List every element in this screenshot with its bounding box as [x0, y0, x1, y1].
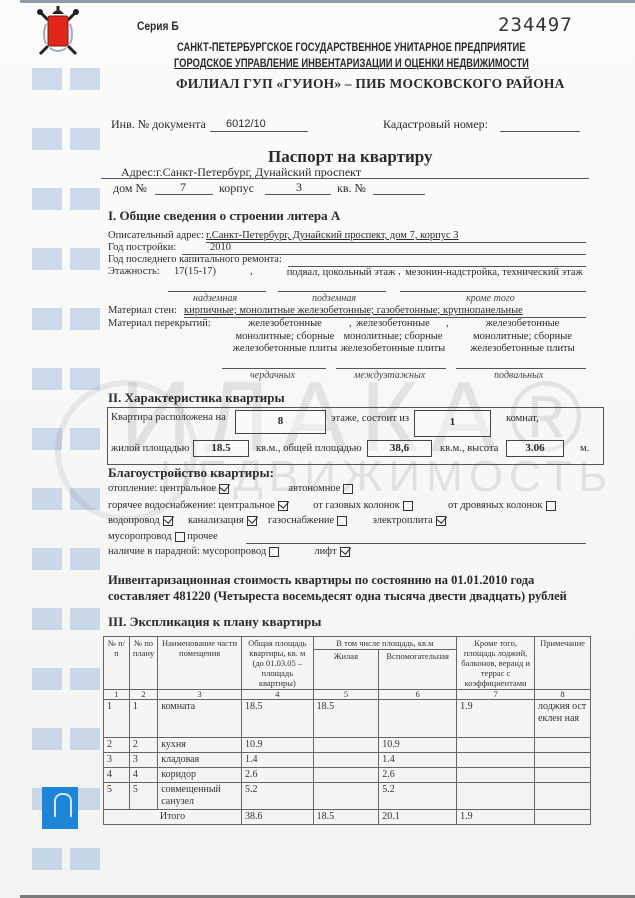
cell-extra: 1.9	[457, 700, 535, 738]
sewer-label: канализация	[188, 515, 244, 526]
security-emblem-icon	[42, 787, 78, 829]
inv-underline	[210, 131, 308, 132]
entrance-lift-label: лифт	[314, 546, 336, 557]
cell-living	[313, 753, 379, 768]
cell-extra	[457, 768, 535, 783]
col-header-living: Жилая	[313, 650, 379, 690]
cell-extra	[457, 753, 535, 768]
col-header-num: № п/п	[104, 637, 130, 690]
total-note	[535, 810, 591, 825]
col-number: 3	[158, 690, 242, 700]
slab-base-caption: подвальных	[494, 370, 543, 381]
descr-addr-underline	[206, 242, 586, 243]
amenities-row-other: мусоропровод прочее	[108, 531, 218, 542]
gas-label: газоснабжение	[268, 515, 334, 526]
descr-addr-label: Описательный адрес:	[108, 230, 204, 241]
col-number: 5	[313, 690, 379, 700]
floors-extra-value: мезонин-надстройка, технический этаж	[404, 266, 584, 279]
slab-attic-caption: чердачных	[250, 370, 295, 381]
cell-name: коридор	[158, 768, 242, 783]
total-row: Итого 38.6 18.5 20.1 1.9	[104, 810, 591, 825]
table-row: 1 1 комната 18.5 18.5 1.9 лоджия остекле…	[104, 700, 591, 738]
cell-aux: 5.2	[379, 783, 457, 810]
floors-below-caption: подземная	[312, 293, 356, 304]
slab-inter-value: железобетонные монолитные; сборные желез…	[338, 318, 448, 356]
other-underline	[246, 543, 586, 544]
year-built-value: 2010	[210, 242, 231, 253]
total-extra: 1.9	[457, 810, 535, 825]
page-title: Паспорт на квартиру	[268, 147, 433, 167]
col-number: 7	[457, 690, 535, 700]
electric-stove-checkbox[interactable]	[436, 516, 446, 526]
hw-gas-label: от газовых колонок	[313, 500, 400, 511]
entrance-chute-label: мусоропровод	[203, 546, 267, 557]
entrance-lift-checkbox[interactable]	[340, 547, 350, 557]
entrance-label: наличие в парадной:	[108, 546, 200, 557]
table-row: 2 2 кухня 10.9 10.9	[104, 738, 591, 753]
col-header-note: Примечание	[535, 637, 591, 690]
heating-autonomous-label: автономное	[288, 483, 340, 494]
slabs-label: Материал перекрытий:	[108, 318, 211, 329]
col-header-total-area: Общая площадь квартиры, кв. м (до 01.03.…	[242, 637, 314, 690]
comma: ,	[398, 266, 401, 277]
cell-living	[313, 783, 379, 810]
slab-base-value: железобетонные монолитные; сборные желез…	[460, 318, 585, 356]
cell-total: 2.6	[242, 768, 314, 783]
cell-plan: 4	[129, 768, 157, 783]
apt-underline	[373, 194, 425, 195]
cell-total: 1.4	[242, 753, 314, 768]
cell-num: 2	[104, 738, 130, 753]
apt-label: кв. №	[337, 181, 366, 196]
valuation-line1: Инвентаризационная стоимость квартиры по…	[108, 573, 534, 588]
col-header-auxiliary: Вспомогательная	[379, 650, 457, 690]
cell-aux: 2.6	[379, 768, 457, 783]
col-header-name: Наименование части помещения	[158, 637, 242, 690]
house-label: дом №	[113, 181, 147, 196]
cell-total: 18.5	[242, 700, 314, 738]
cell-extra	[457, 738, 535, 753]
slab-base-underline	[456, 368, 586, 369]
cell-note	[535, 783, 591, 810]
heating-central-label: центральное	[160, 483, 216, 494]
living-label: жилой площадью	[111, 443, 189, 454]
cell-num: 4	[104, 768, 130, 783]
floor-label: Квартира расположена на	[111, 412, 226, 423]
heating-label: отопление:	[108, 483, 157, 494]
building-value: 3	[296, 180, 302, 195]
address-underline	[101, 178, 589, 179]
cell-name: совмещенный санузел	[158, 783, 242, 810]
document-page: ИЛАКА® НЕДВИЖИМОСТЬ Серия Б 234497 САНКТ…	[0, 0, 635, 898]
col-header-extra-area: Кроме того, площадь лоджий, балконов, ве…	[457, 637, 535, 690]
slab-attic-underline	[222, 368, 326, 369]
entrance-chute-checkbox[interactable]	[269, 547, 279, 557]
cell-plan: 3	[129, 753, 157, 768]
building-label: корпус	[219, 181, 254, 196]
total-aux: 20.1	[379, 810, 457, 825]
col-number: 2	[129, 690, 157, 700]
cell-name: кухня	[158, 738, 242, 753]
cell-note	[535, 738, 591, 753]
col-number: 6	[379, 690, 457, 700]
total-living: 18.5	[313, 810, 379, 825]
cell-aux: 10.9	[379, 738, 457, 753]
hw-wood-checkbox[interactable]	[546, 501, 556, 511]
garbage-chute-checkbox[interactable]	[175, 532, 185, 542]
cell-aux	[379, 700, 457, 738]
sewer-checkbox[interactable]	[247, 516, 257, 526]
col-header-plan-num: № по плану	[129, 637, 157, 690]
walls-label: Материал стен:	[108, 305, 177, 316]
floors-above-caption: надземная	[193, 293, 237, 304]
cell-note	[535, 768, 591, 783]
rooms-label: этаже, состоит из	[331, 413, 409, 424]
water-checkbox[interactable]	[163, 516, 173, 526]
col-header-including: В том числе площадь, кв.м	[313, 637, 456, 650]
cell-note	[535, 753, 591, 768]
total-area-value: 38,6	[367, 440, 432, 457]
section3-heading: III. Экспликация к плану квартиры	[108, 614, 321, 630]
col-number: 8	[535, 690, 591, 700]
garbage-chute-label: мусоропровод	[108, 531, 172, 542]
amenities-heading: Благоустройство квартиры:	[108, 465, 274, 481]
rooms-value: 1	[414, 410, 491, 437]
explication-table: № п/п № по плану Наименование части поме…	[103, 636, 591, 825]
section1-heading: I. Общие сведения о строении литера А	[108, 208, 340, 224]
floors-above-underline	[168, 291, 266, 292]
scan-edge-top	[20, 0, 635, 3]
inv-value: 6012/10	[226, 118, 266, 130]
height-value: 3.06	[506, 440, 564, 457]
floors-below-underline	[278, 291, 386, 292]
cell-aux: 1.4	[379, 753, 457, 768]
other-label: прочее	[187, 531, 217, 542]
col-number: 1	[104, 690, 130, 700]
table-row: 3 3 кладовая 1.4 1.4	[104, 753, 591, 768]
cell-total: 10.9	[242, 738, 314, 753]
table-row: 5 5 совмещенный санузел 5.2 5.2	[104, 783, 591, 810]
valuation-line2: составляет 481220 (Четыреста восемьдесят…	[108, 589, 567, 604]
cell-living: 18.5	[313, 700, 379, 738]
cell-living	[313, 768, 379, 783]
slab-inter-caption: междуэтажных	[354, 370, 425, 381]
comma: ,	[250, 266, 253, 277]
slab-attic-value: железобетонные монолитные; сборные желез…	[226, 318, 344, 356]
walls-value: кирпичные; монолитные железобетонные; га…	[184, 305, 523, 316]
heating-autonomous-checkbox[interactable]	[343, 484, 353, 494]
amenities-row-utilities: водопровод канализация газоснабжение эле…	[108, 515, 446, 526]
series-label: Серия Б	[137, 19, 179, 33]
cell-num: 5	[104, 783, 130, 810]
section2-heading: II. Характеристика квартиры	[108, 390, 285, 406]
height-label: кв.м., высота	[440, 443, 498, 454]
branch-name: ФИЛИАЛ ГУП «ГУИОН» – ПИБ МОСКОВСКОГО РАЙ…	[176, 76, 565, 92]
comma: ,	[446, 318, 449, 329]
amenities-row-heating: отопление: центральное автономное	[108, 483, 353, 494]
table-row: 4 4 коридор 2.6 2.6	[104, 768, 591, 783]
col-number: 4	[242, 690, 314, 700]
water-label: водопровод	[108, 515, 160, 526]
floor-value: 8	[235, 410, 326, 434]
total-label: Итого	[104, 810, 242, 825]
floors-above-value: 17(15-17)	[174, 266, 216, 277]
amenities-row-hot-water: горячее водоснабжение: центральное от га…	[108, 500, 556, 511]
cell-plan: 1	[129, 700, 157, 738]
cell-living	[313, 738, 379, 753]
amenities-row-entrance: наличие в парадной: мусоропровод лифт	[108, 546, 350, 557]
rooms-suffix: комнат,	[506, 413, 539, 424]
gas-checkbox[interactable]	[337, 516, 347, 526]
slab-inter-underline	[336, 368, 446, 369]
cell-name: комната	[158, 700, 242, 738]
cadastral-label: Кадастровый номер:	[383, 117, 488, 132]
cell-plan: 2	[129, 738, 157, 753]
inv-label: Инв. № документа	[111, 117, 206, 132]
floors-label: Этажность:	[108, 266, 160, 277]
floors-below-value: подвал, цокольный этаж	[286, 266, 396, 279]
floors-extra-underline	[400, 291, 586, 292]
cell-extra	[457, 783, 535, 810]
organization-department: ГОРОДСКОЕ УПРАВЛЕНИЕ ИНВЕНТАРИЗАЦИИ И ОЦ…	[174, 56, 529, 70]
hw-gas-checkbox[interactable]	[403, 501, 413, 511]
hw-wood-label: от дровяных колонок	[448, 500, 543, 511]
cell-total: 5.2	[242, 783, 314, 810]
organization-name: САНКТ-ПЕТЕРБУРГСКОЕ ГОСУДАРСТВЕННОЕ УНИТ…	[177, 40, 525, 54]
last-repair-label: Год последнего капитального ремонта:	[108, 254, 282, 265]
cell-plan: 5	[129, 783, 157, 810]
living-area-value: 18.5	[193, 440, 249, 457]
year-built-label: Год постройки:	[108, 242, 176, 253]
hot-water-label: горячее водоснабжение:	[108, 500, 216, 511]
house-value: 7	[180, 180, 186, 195]
column-numbers-row: 1 2 3 4 5 6 7 8	[104, 690, 591, 700]
cell-note: лоджия остеклен ная	[535, 700, 591, 738]
floors-extra-caption: кроме того	[466, 293, 515, 304]
hw-central-label: центральное	[219, 500, 275, 511]
hw-central-checkbox[interactable]	[278, 501, 288, 511]
total-area: 38.6	[242, 810, 314, 825]
descr-addr-value: г.Санкт-Петербург, Дунайский проспект, д…	[206, 230, 459, 241]
serial-number: 234497	[498, 14, 573, 36]
height-unit: м.	[580, 443, 589, 454]
heating-central-checkbox[interactable]	[219, 484, 229, 494]
cadastral-underline	[500, 131, 580, 132]
electric-stove-label: электроплита	[372, 515, 432, 526]
cell-name: кладовая	[158, 753, 242, 768]
cell-num: 1	[104, 700, 130, 738]
st-petersburg-coat-of-arms-icon	[36, 6, 80, 60]
total-label: кв.м., общей площадью	[256, 443, 362, 454]
cell-num: 3	[104, 753, 130, 768]
